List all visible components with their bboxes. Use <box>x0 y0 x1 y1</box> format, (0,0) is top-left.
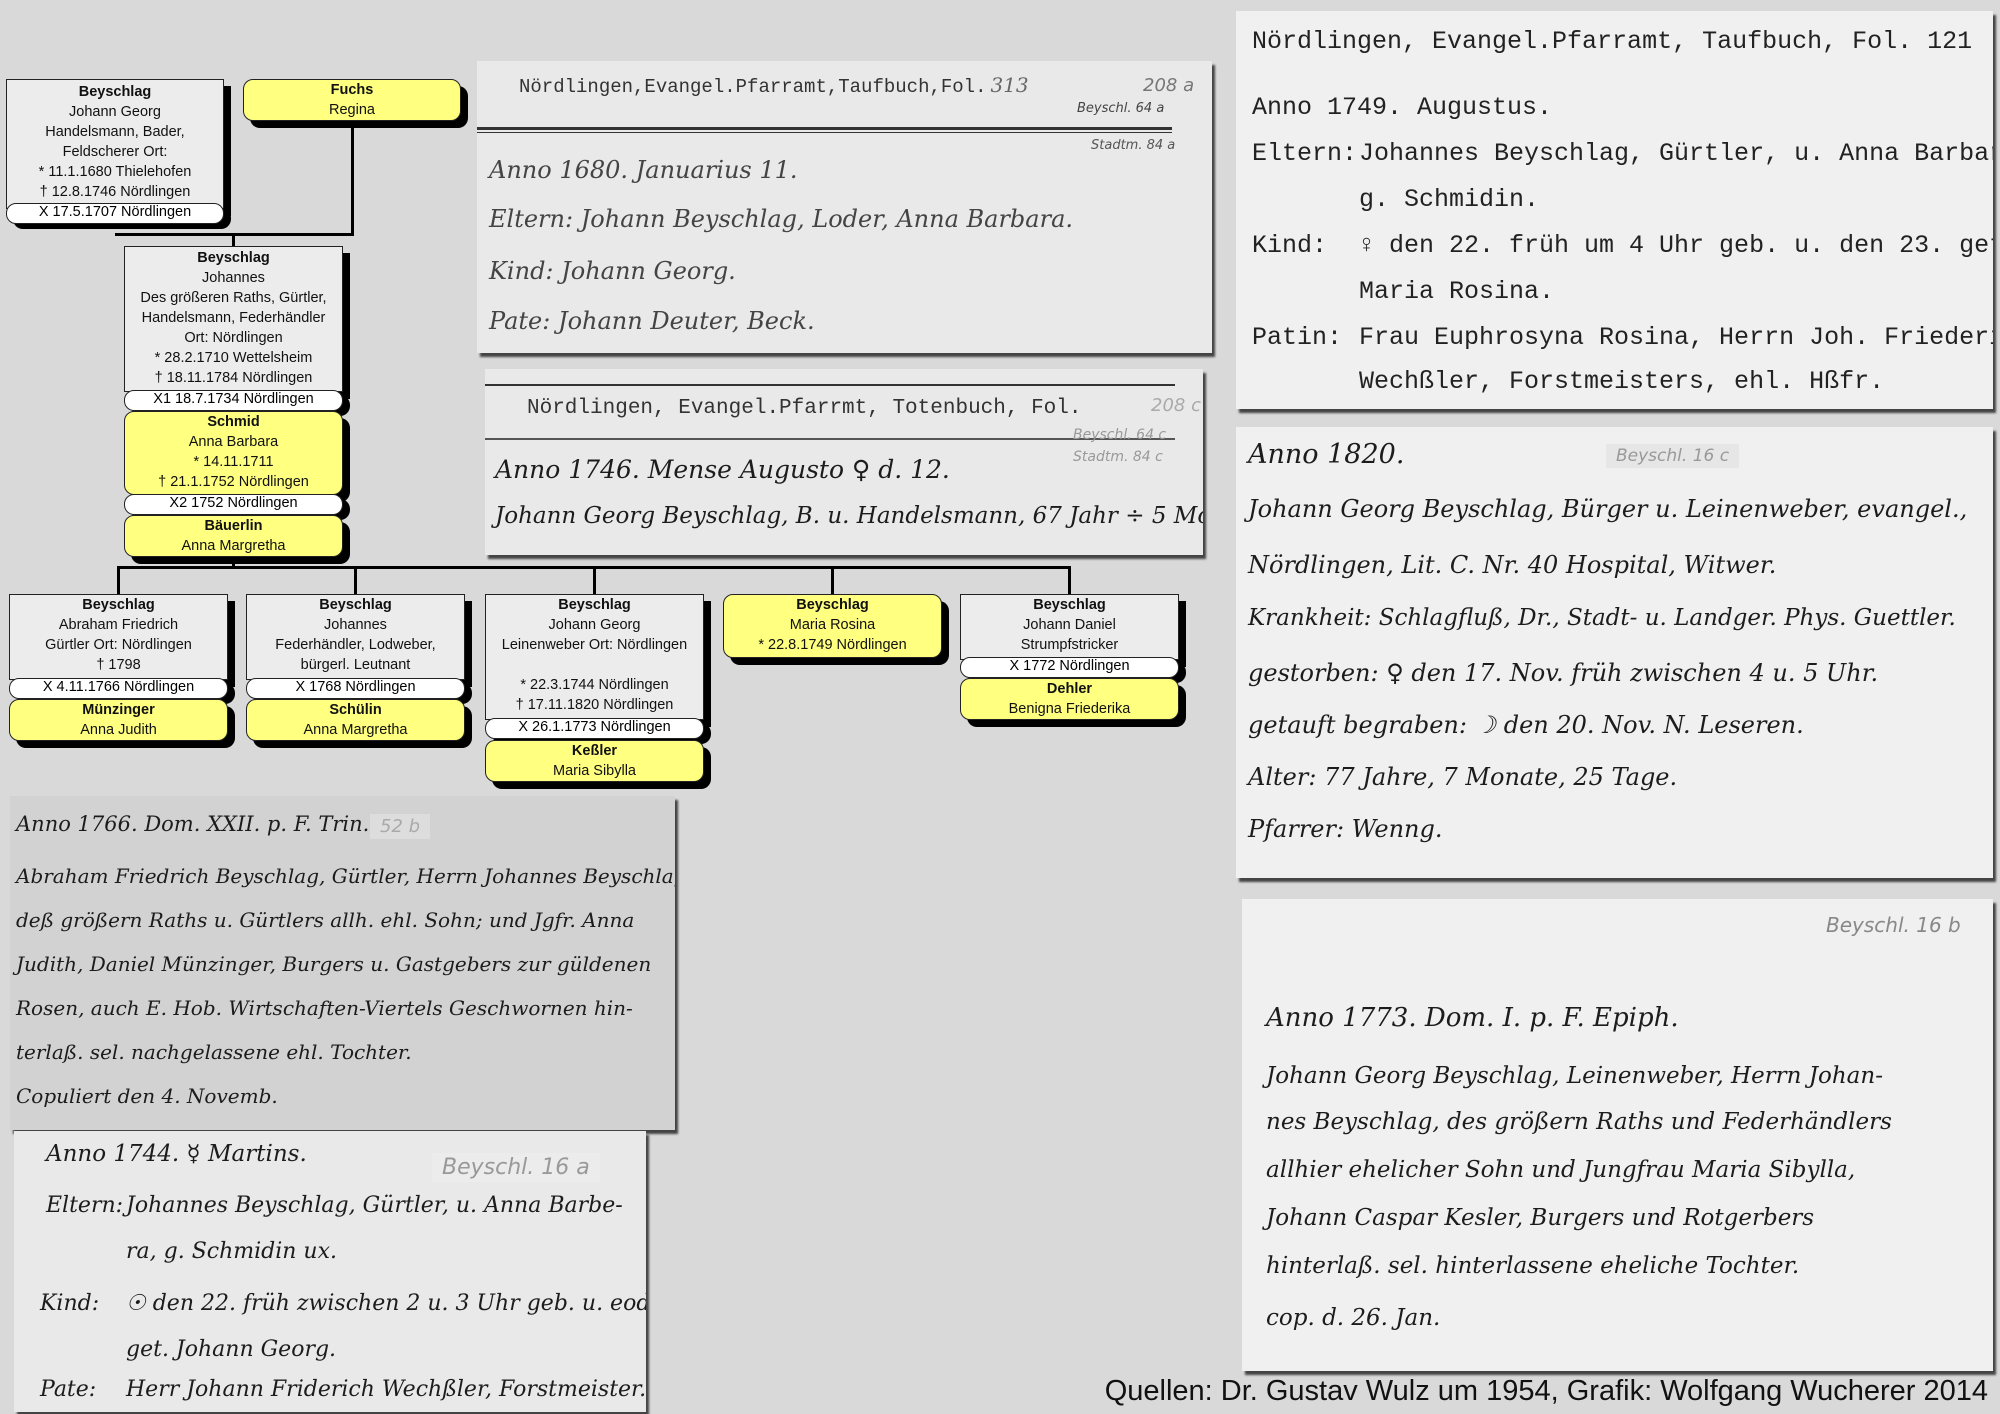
given-name: Johann Daniel <box>961 615 1178 635</box>
record-line: Nördlingen, Lit. C. Nr. 40 Hospital, Wit… <box>1248 551 1776 579</box>
surname: Beyschlag <box>7 82 223 102</box>
line-text: Anno 1744. ☿ Martins. <box>46 1141 307 1167</box>
card-note: Beyschl. 64 c <box>1073 427 1166 443</box>
surname: Beyschlag <box>10 595 227 615</box>
detail: Strumpfstricker <box>961 635 1178 655</box>
line-text: ☉ den 22. früh zwischen 2 u. 3 Uhr geb. … <box>126 1291 646 1316</box>
person-box-johannes-jr[interactable]: Beyschlag Johannes Federhändler, Lodwebe… <box>246 594 465 680</box>
marriage-label: X 4.11.1766 Nördlingen <box>9 678 228 699</box>
death-date: † 12.8.1746 Nördlingen <box>7 182 223 202</box>
card-note: Beyschl. 16 b <box>1826 913 1961 937</box>
surname: Beyschlag <box>961 595 1178 615</box>
card-note: Beyschl. 64 a <box>1077 101 1164 116</box>
record-line: Johann Georg Beyschlag, Leinenweber, Her… <box>1266 1063 1883 1089</box>
given-name: Maria Sibylla <box>486 761 703 781</box>
surname: Beyschlag <box>724 595 941 615</box>
connector-line <box>831 566 834 595</box>
occupation: Des größeren Raths, Gürtler, <box>125 288 342 308</box>
record-line: Anno 1820. <box>1248 439 1404 470</box>
detail: Gürtler Ort: Nördlingen <box>10 635 227 655</box>
card-note: 208 a <box>1143 75 1194 96</box>
record-line: ra, g. Schmidin ux. <box>126 1239 337 1264</box>
connector-line <box>117 566 120 595</box>
record-line: Alter: 77 Jahre, 7 Monate, 25 Tage. <box>1248 763 1677 791</box>
occupation: Handelsmann, Federhändler <box>125 308 342 328</box>
record-line: Johann Georg Beyschlag, Bürger u. Leinen… <box>1248 495 1967 523</box>
record-line: Anno 1773. Dom. I. p. F. Epiph. <box>1266 1003 1679 1033</box>
record-line: Anno 1746. Mense Augusto ♀ d. 12. <box>495 455 950 484</box>
record-card-death-1746: Nördlingen, Evangel.Pfarrmt, Totenbuch, … <box>485 369 1203 555</box>
record-line: Judith, Daniel Münzinger, Burgers u. Gas… <box>16 952 651 976</box>
card-note: Beyschl. 16 c <box>1606 444 1739 468</box>
person-box-anna-margretha-baeuerlin[interactable]: Bäuerlin Anna Margretha <box>124 515 343 557</box>
record-card-marriage-1773: Beyschl. 16 b Anno 1773. Dom. I. p. F. E… <box>1242 899 1993 1371</box>
line-text: Johannes Beyschlag, Gürtler, u. Anna Bar… <box>1359 139 1993 168</box>
person-box-johann-daniel[interactable]: Beyschlag Johann Daniel Strumpfstricker <box>960 594 1179 660</box>
record-line: Pate: Johann Deuter, Beck. <box>489 307 815 335</box>
record-line: Copuliert den 4. Novemb. <box>16 1084 278 1108</box>
record-line: Eltern:Johannes Beyschlag, Gürtler, u. A… <box>1252 139 1993 168</box>
birth-date: * 14.11.1711 <box>125 452 342 472</box>
given-name: Anna Barbara <box>125 432 342 452</box>
divider <box>477 132 1172 133</box>
divider <box>477 127 1172 130</box>
record-line: Rosen, auch E. Hob. Wirtschaften-Viertel… <box>16 996 633 1020</box>
detail: Federhändler, Lodweber, <box>247 635 464 655</box>
record-card-baptism-1749: Nördlingen, Evangel.Pfarramt, Taufbuch, … <box>1236 11 1993 409</box>
detail: bürgerl. Leutnant <box>247 655 464 675</box>
death-date: † 21.1.1752 Nördlingen <box>125 472 342 492</box>
person-box-maria-rosina[interactable]: Beyschlag Maria Rosina * 22.8.1749 Nördl… <box>723 594 942 658</box>
birth-date: * 28.2.1710 Wettelsheim <box>125 348 342 368</box>
surname: Schülin <box>247 700 464 720</box>
record-line: Wechßler, Forstmeisters, ehl. Hßfr. <box>1359 367 1884 396</box>
connector-line <box>232 233 235 247</box>
surname: Münzinger <box>10 700 227 720</box>
record-line: hinterlaß. sel. hinterlassene eheliche T… <box>1266 1253 1799 1279</box>
marriage-label: X2 1752 Nördlingen <box>124 494 343 515</box>
death-date: † 17.11.1820 Nördlingen <box>486 695 703 715</box>
record-line: Kind:☉ den 22. früh zwischen 2 u. 3 Uhr … <box>40 1291 646 1316</box>
birth-date: * 22.3.1744 Nördlingen <box>486 675 703 695</box>
record-header: Nördlingen, Evangel.Pfarrmt, Totenbuch, … <box>527 397 1082 420</box>
divider <box>485 384 1175 386</box>
record-line: g. Schmidin. <box>1359 185 1539 214</box>
given-name: Anna Margretha <box>247 720 464 740</box>
given-name: Johannes <box>125 268 342 288</box>
record-line: Johann Caspar Kesler, Burgers und Rotger… <box>1266 1205 1814 1231</box>
line-text: Frau Euphrosyna Rosina, Herrn Joh. Fried… <box>1359 323 1993 352</box>
marriage-label: X 1772 Nördlingen <box>960 657 1179 678</box>
record-line: deß größern Raths u. Gürtlers allh. ehl.… <box>16 908 634 932</box>
record-line: Anno 1744. ☿ Martins. <box>46 1141 307 1167</box>
given-name: Maria Rosina <box>724 615 941 635</box>
record-line: Kind:♀ den 22. früh um 4 Uhr geb. u. den… <box>1252 231 1993 260</box>
line-label: Patin: <box>1252 323 1359 352</box>
occupation: Ort: Nördlingen <box>125 328 342 348</box>
marriage-label: X 26.1.1773 Nördlingen <box>485 718 704 739</box>
person-box-anna-margretha-schuelin[interactable]: Schülin Anna Margretha <box>246 699 465 741</box>
death-date: † 18.11.1784 Nördlingen <box>125 368 342 388</box>
connector-line <box>1068 566 1071 595</box>
record-line: Krankheit: Schlagfluß, Dr., Stadt- u. La… <box>1248 605 1956 631</box>
card-note: 52 b <box>370 814 430 839</box>
record-line: Pate:Herr Johann Friderich Wechßler, For… <box>40 1377 646 1402</box>
person-box-anna-barbara-schmid[interactable]: Schmid Anna Barbara * 14.11.1711 † 21.1.… <box>124 411 343 495</box>
detail: Leinenweber Ort: Nördlingen <box>486 635 703 655</box>
card-note: Stadtm. 84 a <box>1091 138 1175 153</box>
given-name: Johann Georg <box>486 615 703 635</box>
line-label: Eltern: <box>46 1193 126 1218</box>
divider <box>485 438 1175 440</box>
record-line: Anno 1680. Januarius 11. <box>489 156 798 184</box>
record-line: Kind: Johann Georg. <box>489 257 736 285</box>
person-box-maria-sibylla-kessler[interactable]: Keßler Maria Sibylla <box>485 740 704 782</box>
record-line: Pfarrer: Wenng. <box>1248 815 1443 843</box>
given-name: Johann Georg <box>7 102 223 122</box>
person-box-johann-georg-1680[interactable]: Beyschlag Johann Georg Handelsmann, Bade… <box>6 79 224 209</box>
given-name: Regina <box>244 100 460 120</box>
given-name: Benigna Friederika <box>961 699 1178 719</box>
given-name: Johannes <box>247 615 464 635</box>
connector-line <box>354 566 357 595</box>
person-box-anna-judith-muenzinger[interactable]: Münzinger Anna Judith <box>9 699 228 741</box>
record-line: Anno 1766. Dom. XXII. p. F. Trin. <box>16 812 369 836</box>
record-line: Johann Georg Beyschlag, B. u. Handelsman… <box>495 503 1203 529</box>
surname: Bäuerlin <box>125 516 342 536</box>
surname: Dehler <box>961 679 1178 699</box>
marriage-label: X1 18.7.1734 Nördlingen <box>124 390 343 411</box>
record-line: terlaß. sel. nachgelassene ehl. Tochter. <box>16 1040 412 1064</box>
record-line: getauft begraben: ☽ den 20. Nov. N. Lese… <box>1248 711 1804 739</box>
record-line: gestorben: ♀ den 17. Nov. früh zwischen … <box>1248 659 1878 687</box>
person-box-abraham-friedrich[interactable]: Beyschlag Abraham Friedrich Gürtler Ort:… <box>9 594 228 680</box>
person-box-benigna-friederika-dehler[interactable]: Dehler Benigna Friederika <box>960 678 1179 720</box>
marriage-label: X 1768 Nördlingen <box>246 678 465 699</box>
birth-date: * 22.8.1749 Nördlingen <box>724 635 941 655</box>
record-line: cop. d. 26. Jan. <box>1266 1305 1440 1331</box>
surname: Schmid <box>125 412 342 432</box>
record-line: Maria Rosina. <box>1359 277 1554 306</box>
line-text: Anno 1749. Augustus. <box>1252 93 1552 122</box>
death-date: † 1798 <box>10 655 227 675</box>
person-box-johann-georg-1744[interactable]: Beyschlag Johann Georg Leinenweber Ort: … <box>485 594 704 720</box>
line-text: ♀ den 22. früh um 4 Uhr geb. u. den 23. … <box>1359 231 1993 260</box>
line-label: Pate: <box>40 1377 126 1402</box>
line-label: Eltern: <box>1252 139 1359 168</box>
source-credits: Quellen: Dr. Gustav Wulz um 1954, Grafik… <box>1105 1375 1988 1408</box>
connector-line <box>593 566 596 595</box>
given-name: Anna Margretha <box>125 536 342 556</box>
line-label: Kind: <box>40 1291 126 1316</box>
header-text: Nördlingen,Evangel.Pfarramt,Taufbuch,Fol… <box>519 76 986 98</box>
surname: Beyschlag <box>486 595 703 615</box>
line-label: Kind: <box>1252 231 1359 260</box>
record-card-marriage-1766: 52 b Anno 1766. Dom. XXII. p. F. Trin. A… <box>10 796 675 1130</box>
card-note: Beyschl. 16 a <box>432 1153 600 1182</box>
record-line: Abraham Friedrich Beyschlag, Gürtler, He… <box>16 864 675 888</box>
record-line: Anno 1749. Augustus. <box>1252 93 1552 122</box>
surname: Fuchs <box>244 80 460 100</box>
surname: Keßler <box>486 741 703 761</box>
line-text: Johannes Beyschlag, Gürtler, u. Anna Bar… <box>126 1193 623 1218</box>
surname: Beyschlag <box>247 595 464 615</box>
record-card-baptism-1680: Nördlingen,Evangel.Pfarramt,Taufbuch,Fol… <box>477 61 1212 353</box>
record-header: Nördlingen,Evangel.Pfarramt,Taufbuch,Fol… <box>519 73 1029 98</box>
occupation: Feldscherer Ort: <box>7 142 223 162</box>
line-text: Herr Johann Friderich Wechßler, Forstmei… <box>126 1377 646 1402</box>
record-card-death-1820: Beyschl. 16 c Anno 1820. Johann Georg Be… <box>1236 427 1993 878</box>
given-name: Abraham Friedrich <box>10 615 227 635</box>
surname: Beyschlag <box>125 248 342 268</box>
record-line: Patin:Frau Euphrosyna Rosina, Herrn Joh.… <box>1252 323 1993 352</box>
marriage-label: X 17.5.1707 Nördlingen <box>6 203 224 224</box>
card-note: 208 c <box>1151 395 1201 416</box>
spacer <box>486 655 703 675</box>
record-line: allhier ehelicher Sohn und Jungfrau Mari… <box>1266 1157 1855 1183</box>
folio-number: 313 <box>990 73 1028 97</box>
birth-date: * 11.1.1680 Thielehofen <box>7 162 223 182</box>
person-box-johannes-1710[interactable]: Beyschlag Johannes Des größeren Raths, G… <box>124 246 343 392</box>
record-line: get. Johann Georg. <box>126 1337 336 1362</box>
record-line: Eltern:Johannes Beyschlag, Gürtler, u. A… <box>46 1193 623 1218</box>
card-note: Stadtm. 84 c <box>1073 449 1163 465</box>
person-box-regina-fuchs[interactable]: Fuchs Regina <box>243 79 461 121</box>
record-line: nes Beyschlag, des größern Raths und Fed… <box>1266 1109 1892 1135</box>
given-name: Anna Judith <box>10 720 227 740</box>
record-card-baptism-1744: Beyschl. 16 a Anno 1744. ☿ Martins. Elte… <box>14 1131 646 1412</box>
record-header: Nördlingen, Evangel.Pfarramt, Taufbuch, … <box>1252 27 1972 56</box>
record-line: Eltern: Johann Beyschlag, Loder, Anna Ba… <box>489 205 1073 233</box>
occupation: Handelsmann, Bader, <box>7 122 223 142</box>
